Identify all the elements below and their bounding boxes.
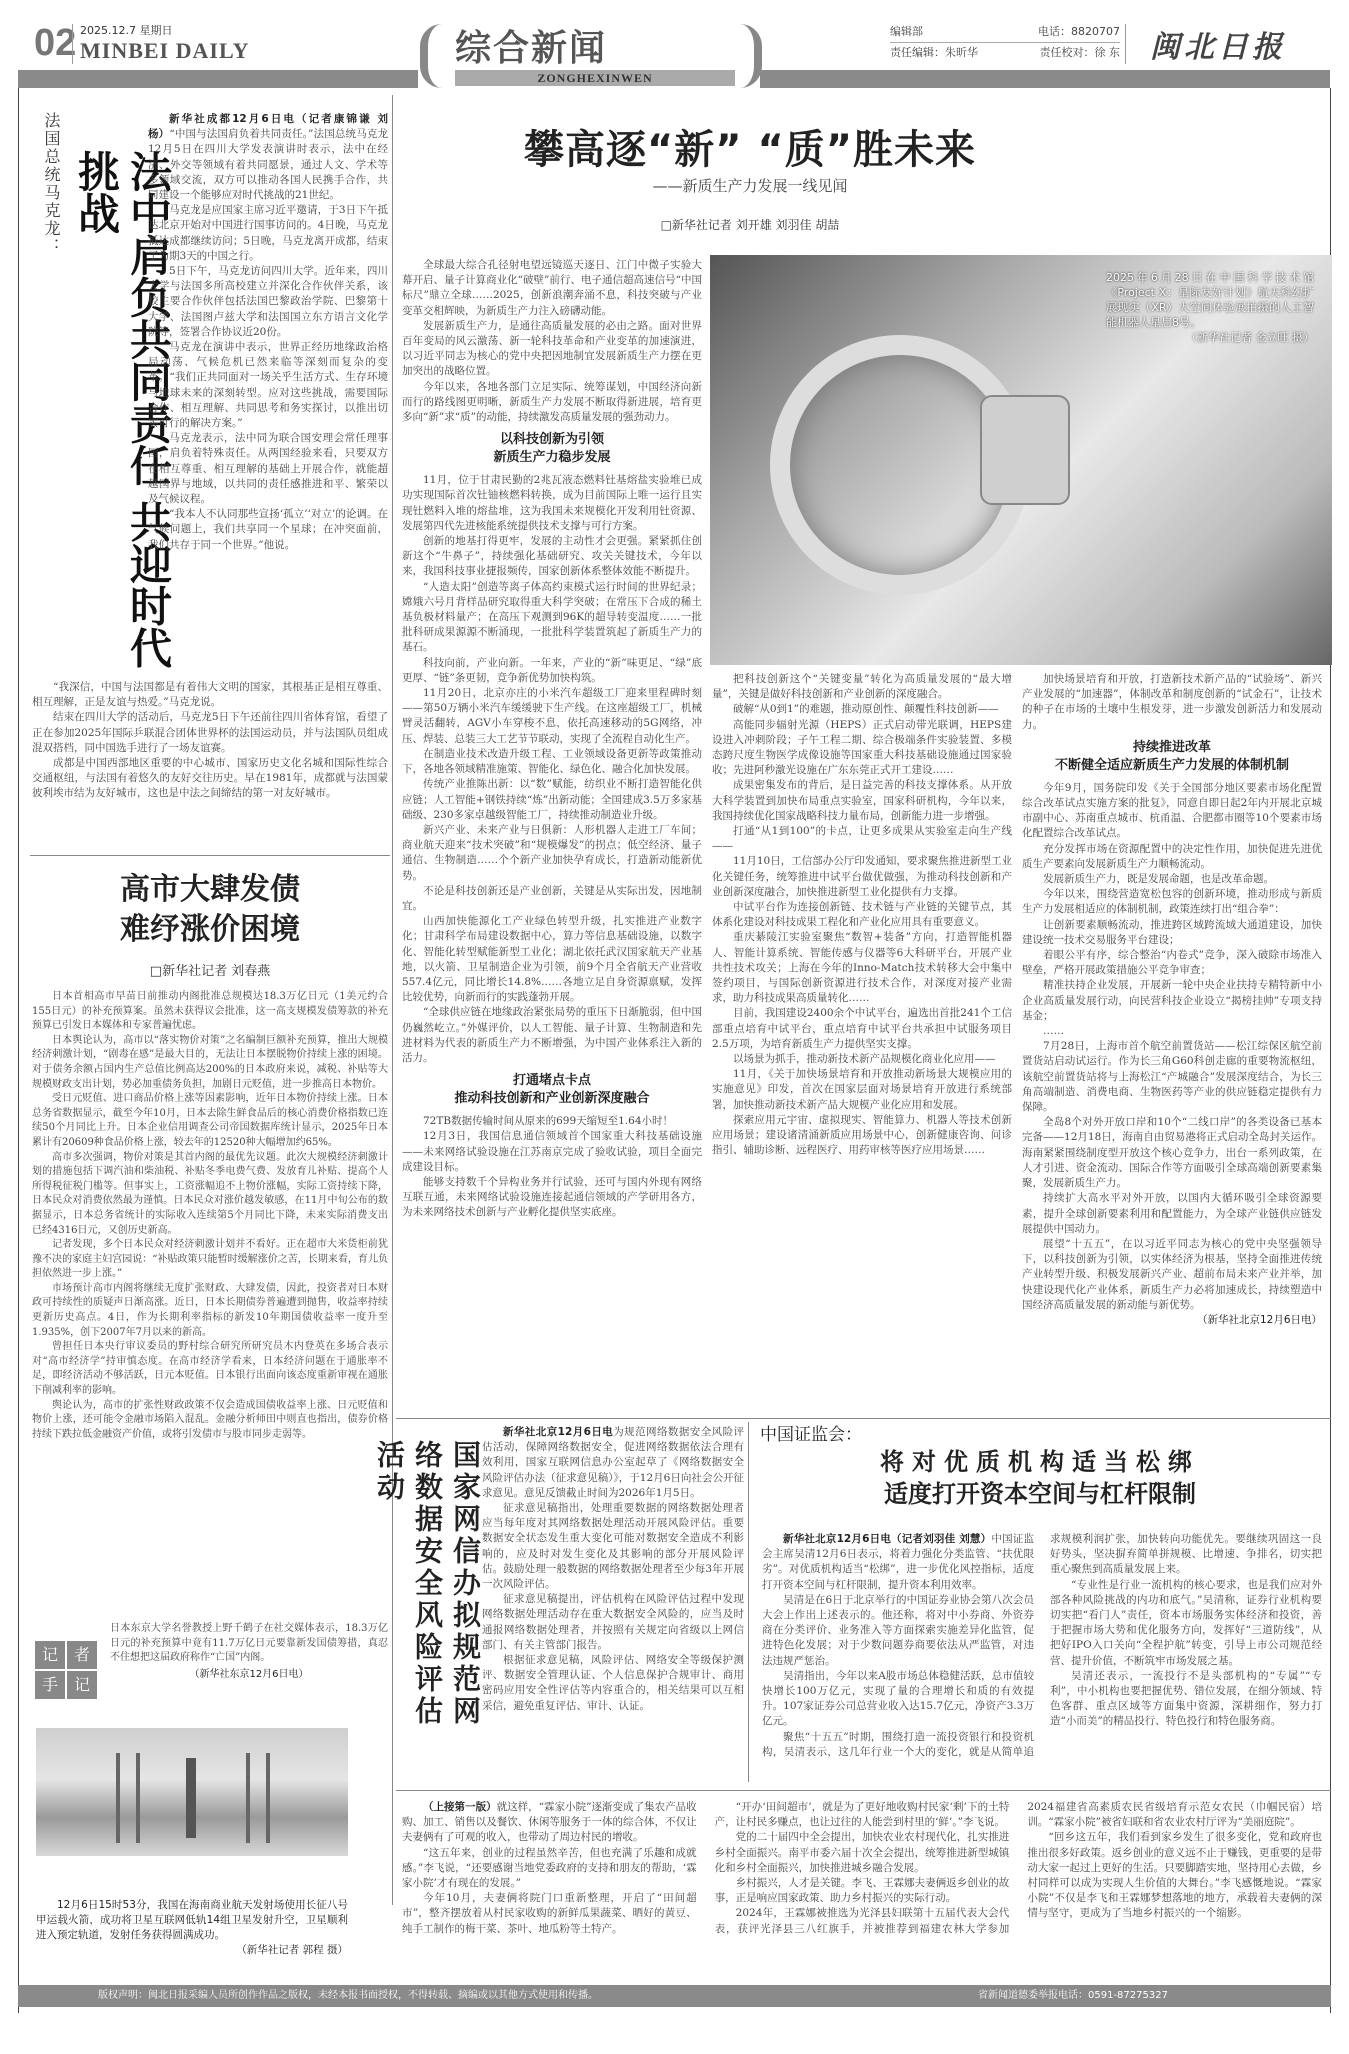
main-headline: 攀高逐“新” “质”胜未来 xyxy=(400,118,1100,175)
cyber-headline: 国家网信办拟规范网络数据安全风险评估活动 xyxy=(404,1440,484,1740)
column-divider xyxy=(392,95,393,1905)
rocket-credit: （新华社记者 郭程 摄） xyxy=(36,1943,348,1958)
csrc-headline: 将对优质机构适当松绑 适度打开资本空间与杠杆限制 xyxy=(760,1446,1320,1510)
japan-body-end: 日本东京大学名誉教授上野千鹤子在社交媒体表示，18.3万亿日元的补充预算中竟有1… xyxy=(110,1622,388,1682)
footer-bar: 版权声明：闽北日报采编人员所创作作品之版权，未经本报书面授权，不得转载、摘编或以… xyxy=(18,1985,1331,2007)
tower-icon xyxy=(136,1753,140,1843)
macron-body-col1: 新华社成都12月6日电（记者康锦谦 刘杨）“中国与法国肩负着共同责任。”法国总统… xyxy=(148,112,388,553)
masthead-bar-left xyxy=(18,70,418,88)
paper-english-name: MINBEI DAILY xyxy=(80,38,250,64)
reporter-note-badge: 记者手记 xyxy=(34,1640,100,1700)
robot-credit: （新华社记者 金立旺 摄） xyxy=(1106,330,1314,345)
divider xyxy=(396,1418,1331,1419)
robot-caption: 2025年6月28日在中国科学技术馆《Project X：星际友好计划》航天科幻… xyxy=(1106,270,1314,345)
rocket-icon xyxy=(186,1758,196,1838)
rural-body: （上接第一版）就这样，“霖家小院”逐渐变成了集农产品收购、加工、销售以及餐饮、休… xyxy=(402,1800,1322,1970)
editor-divider xyxy=(1125,24,1126,64)
section-bracket-right xyxy=(740,24,762,88)
column-divider xyxy=(748,1422,749,1782)
japan-body: 日本首相高市早苗日前推动内阁批准总规模达18.3万亿日元（1美元约合155日元）… xyxy=(32,990,388,1442)
cyber-lead: 新华社北京12月6日电 xyxy=(503,1426,613,1438)
tower-icon xyxy=(246,1753,250,1843)
main-subtitle: ——新质生产力发展一线见闻 xyxy=(400,175,1100,196)
copyright-notice: 版权声明：闽北日报采编人员所创作作品之版权，未经本报书面授权，不得转载、摘编或以… xyxy=(98,1985,598,2007)
main-body-col1: 全球最大综合孔径射电望远镜巡天逐日、江门中微子实验大幕开启、量子计算商业化“破壁… xyxy=(402,258,702,1221)
proofreader-label: 责任校对：徐 东 xyxy=(1040,43,1121,62)
editor-label: 责任编辑：朱昕华 xyxy=(890,43,978,62)
main-body-col3: 加快场景培育和开放，打造新技术新产品的“试验场”、新兴产业发展的“加速器”，体制… xyxy=(1022,672,1322,1328)
robot-photo: 2025年6月28日在中国科学技术馆《Project X：星际友好计划》航天科幻… xyxy=(710,255,1332,665)
main-body-col2: 把科技创新这个“关键变量”转化为高质量发展的“最大增量”，关键是做好科技创新和产… xyxy=(712,672,1012,1159)
masthead-divider xyxy=(72,24,73,64)
section-title: 综合新闻 xyxy=(455,20,607,71)
japan-byline: □新华社记者 刘春燕 xyxy=(30,960,390,979)
main-byline: □新华社记者 刘开雄 刘羽佳 胡喆 xyxy=(400,216,1100,233)
rocket-caption: 12月6日15时53分，我国在海南商业航天发射场使用长征八号甲运载火箭，成功将卫… xyxy=(36,1898,348,1958)
issue-date: 2025.12.7 星期日 xyxy=(80,22,172,38)
csrc-body: 新华社北京12月6日电（记者刘羽佳 刘慧）中国证监会主席吴清12月6日表示，将着… xyxy=(762,1532,1322,1782)
rural-continued: （上接第一版） xyxy=(423,1801,497,1813)
page-number: 02 xyxy=(34,22,76,65)
editor-info: 编辑部电话：8820707 责任编辑：朱昕华责任校对：徐 东 xyxy=(890,22,1120,62)
section-bracket-left xyxy=(420,24,442,88)
tower-icon xyxy=(116,1753,120,1843)
cyber-body: 新华社北京12月6日电为规范网络数据安全风险评估活动，保障网络数据安全，促进网络… xyxy=(482,1425,744,1714)
robot-icon xyxy=(980,395,1070,505)
japan-dateline: （新华社东京12月6日电） xyxy=(110,1668,388,1683)
section2-title: 打通堵点卡点推动科技创新和产业创新深度融合 xyxy=(402,1072,702,1108)
rocket-launch-photo xyxy=(36,1728,348,1856)
section3-title: 持续推进改革不断健全适应新质生产力发展的体制机制 xyxy=(1022,739,1322,775)
main-dateline: （新华社北京12月6日电） xyxy=(1022,1313,1322,1328)
japan-headline: 高市大肆发债 难纾涨价困境 xyxy=(30,870,390,950)
dept-label: 编辑部 xyxy=(890,22,923,42)
masthead-bar-right xyxy=(760,70,1330,88)
macron-kicker: 法国总统马克龙： xyxy=(40,112,63,256)
csrc-kicker: 中国证监会： xyxy=(760,1420,862,1445)
section1-title: 以科技创新为引领新质生产力稳步发展 xyxy=(402,431,702,467)
csrc-lead: 新华社北京12月6日电（记者刘羽佳 刘慧） xyxy=(783,1533,991,1545)
macron-body-col2: “我深信，中国与法国都是有着伟大文明的国家，其根基正是相互尊重、相互理解，正是友… xyxy=(32,680,388,802)
phone-label: 电话：8820707 xyxy=(1038,22,1120,42)
paper-logo: 闽北日报 xyxy=(1150,22,1286,66)
tower-icon xyxy=(266,1753,270,1843)
divider xyxy=(30,855,390,856)
section-english-name: ZONGHEXINWEN xyxy=(455,70,735,86)
divider xyxy=(396,1790,1331,1791)
report-hotline: 省新闻道德委举报电话：0591-87275327 xyxy=(978,1985,1168,2007)
